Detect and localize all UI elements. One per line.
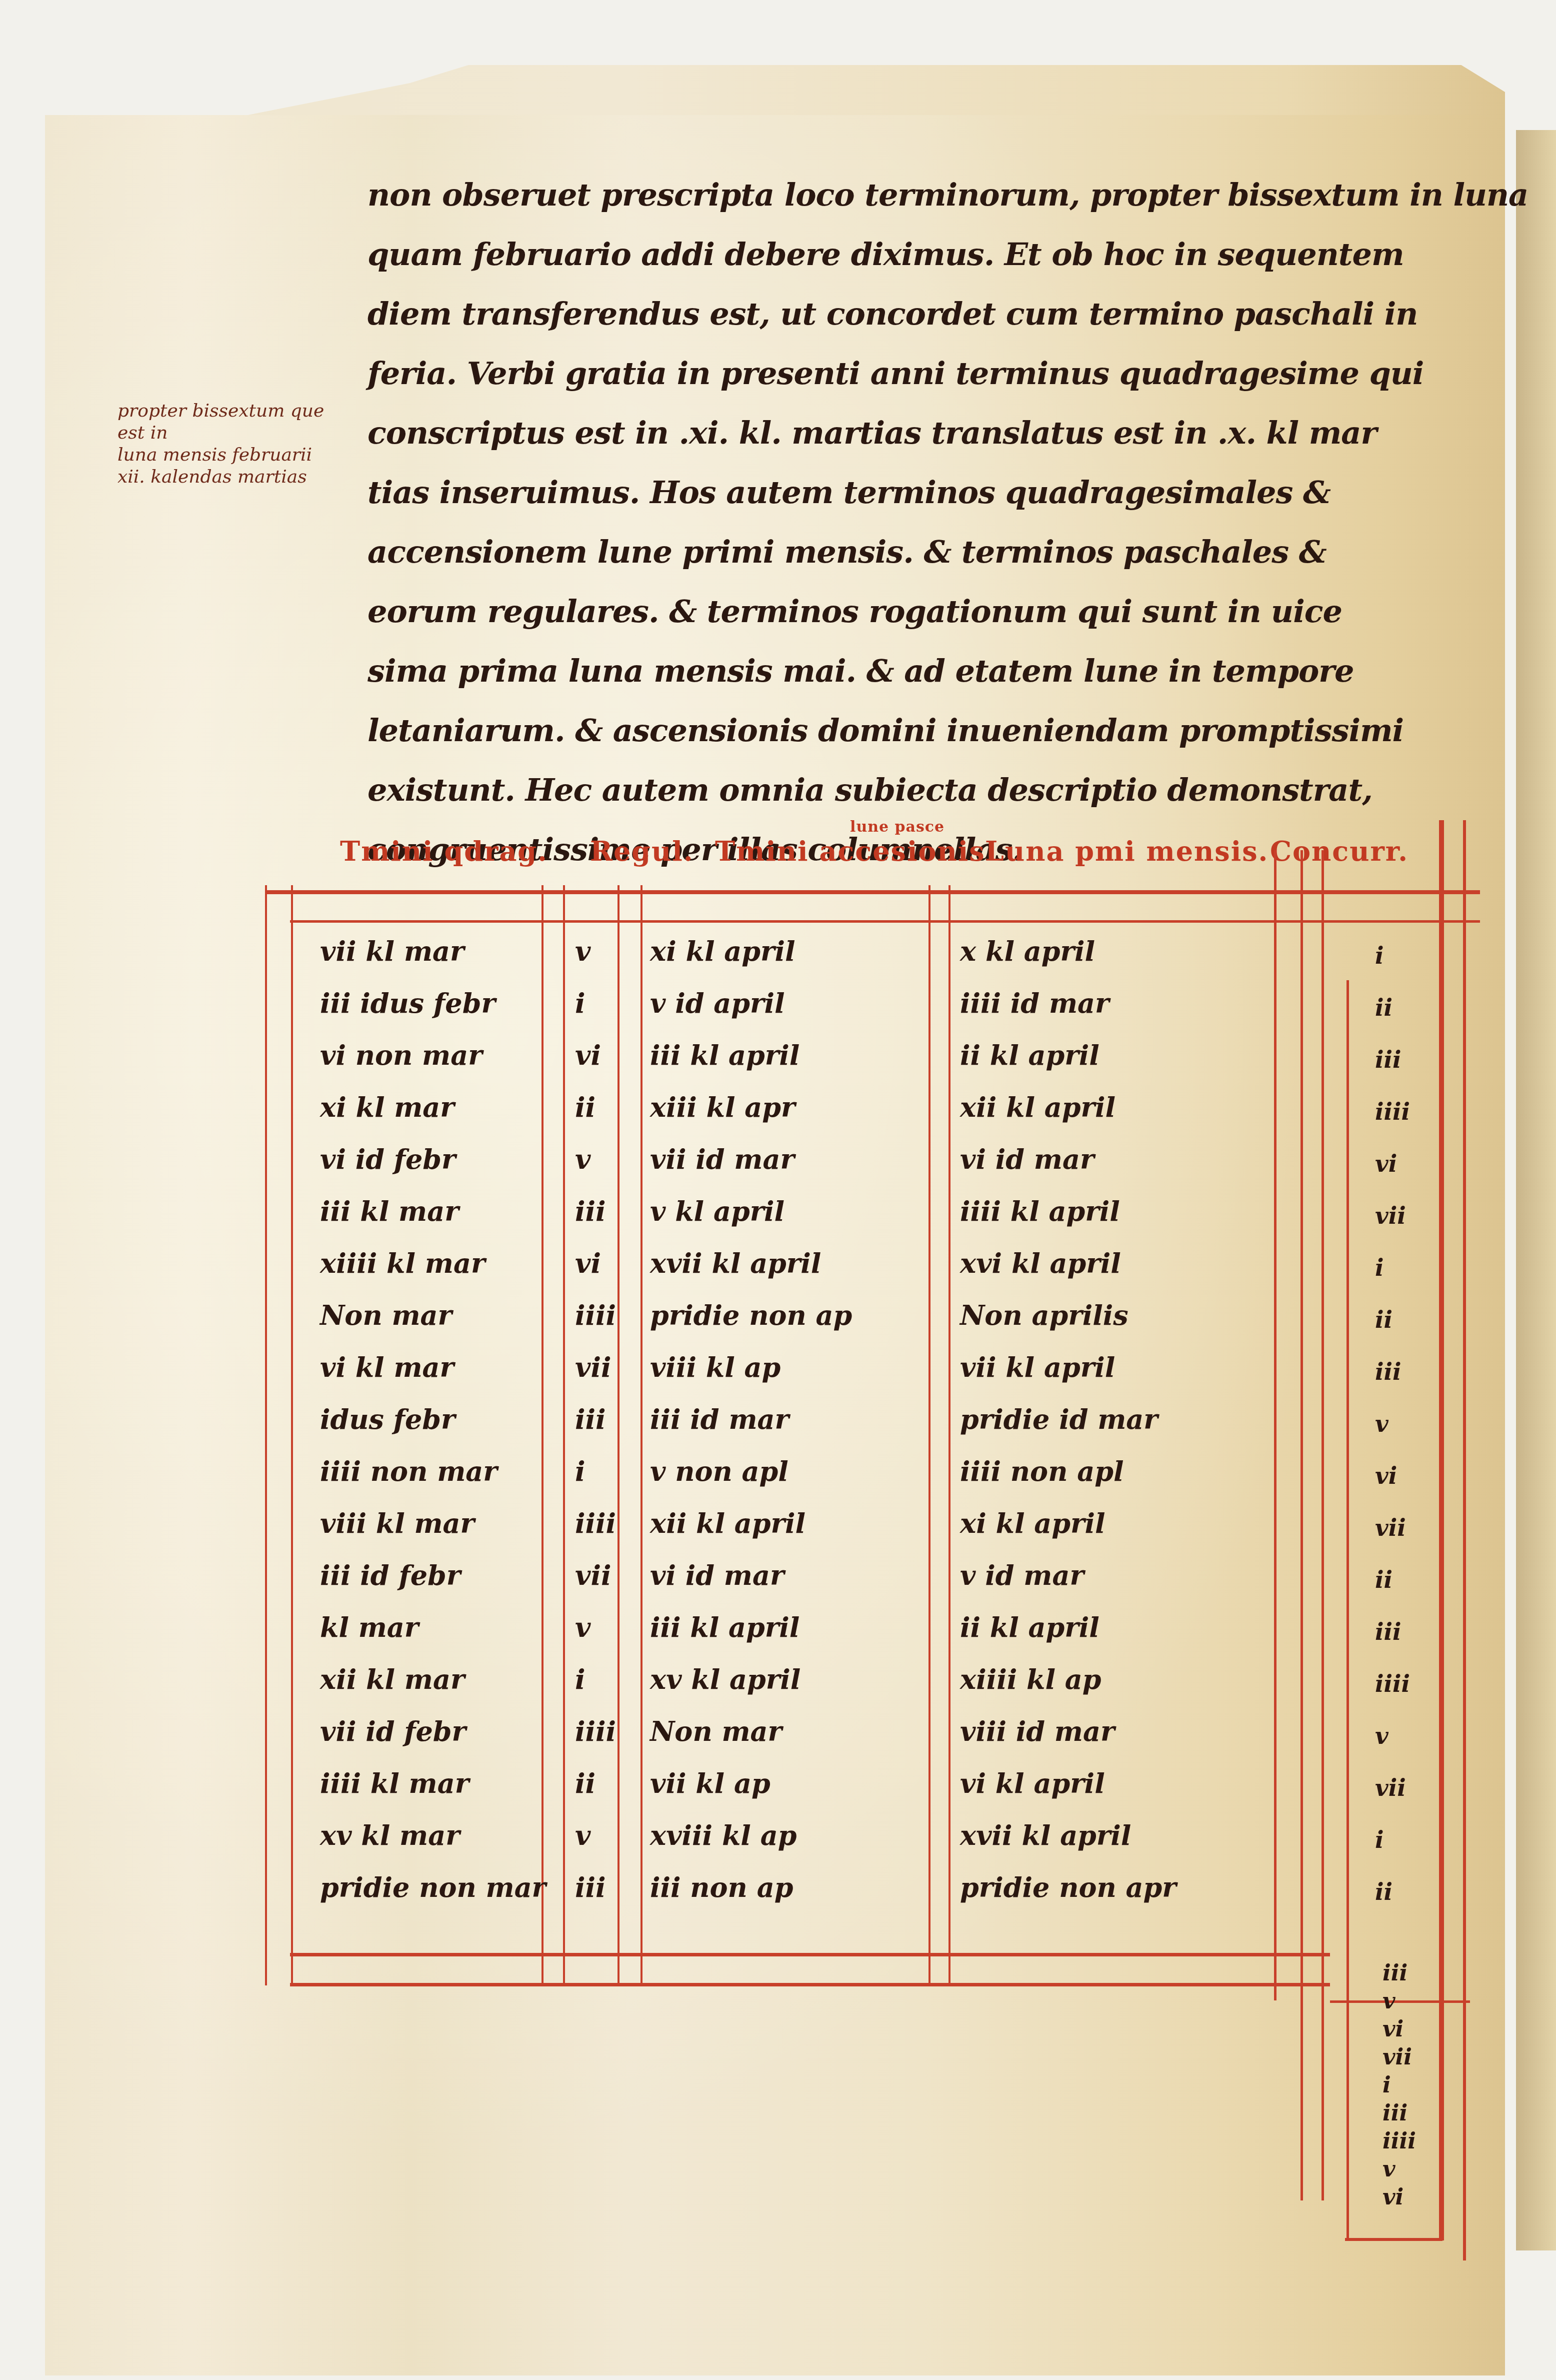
cell-accensio-lune: vii id mar (650, 1143, 794, 1175)
cell-concurrens: vi (1375, 1462, 1397, 1489)
cell-accensio-lune: iii id mar (650, 1403, 789, 1435)
cell-concurrens: vii (1375, 1514, 1406, 1541)
cell-concurrens: vii (1375, 1774, 1406, 1801)
cell-concurrens: ii (1375, 1878, 1392, 1905)
marginal-note-line: propter bissextum que est in (117, 400, 352, 444)
cell-concurrens: ii (1375, 1306, 1392, 1333)
cell-concurrens: iii (1375, 1618, 1401, 1645)
cell-regularis: v (575, 935, 590, 967)
cell-regularis: v (575, 1143, 590, 1175)
cell-luna-primi-mensis: Non aprilis (960, 1299, 1128, 1331)
cell-terminus-quadragesime: vi kl mar (320, 1351, 454, 1383)
text-line: eorum regulares. & terminos rogationum q… (367, 582, 1407, 641)
cell-luna-primi-mensis: xi kl april (960, 1507, 1105, 1539)
cell-luna-primi-mensis: xvii kl april (960, 1819, 1131, 1851)
text-line: quam februario addi debere diximus. Et o… (367, 225, 1407, 284)
text-line: diem transferendus est, ut concordet cum… (367, 284, 1407, 344)
cell-concurrens: iiii (1375, 1098, 1410, 1125)
cell-luna-primi-mensis: viii id mar (960, 1715, 1114, 1747)
cell-concurrens: vii (1375, 1202, 1406, 1229)
cell-concurrens: vi (1375, 1150, 1397, 1177)
cell-accensio-lune: v kl april (650, 1195, 784, 1227)
cell-luna-primi-mensis: pridie non apr (960, 1871, 1176, 1903)
cell-terminus-quadragesime: iii kl mar (320, 1195, 459, 1227)
cell-regularis: iii (575, 1195, 606, 1227)
cell-regularis: vi (575, 1039, 601, 1071)
cell-regularis: iiii (575, 1299, 616, 1331)
cell-terminus-quadragesime: vii kl mar (320, 935, 464, 967)
cell-luna-primi-mensis: ii kl april (960, 1039, 1099, 1071)
cell-accensio-lune: v non apl (650, 1455, 788, 1487)
cell-regularis: iiii (575, 1507, 616, 1539)
cell-accensio-lune: xi kl april (650, 935, 795, 967)
cell-concurrens: i (1375, 1826, 1383, 1853)
cell-accensio-lune: xiii kl apr (650, 1091, 795, 1123)
cell-regularis: i (575, 1455, 585, 1487)
cell-terminus-quadragesime: xiiii kl mar (320, 1247, 485, 1279)
concurrens-continued: vi (1382, 2016, 1403, 2042)
cell-regularis: i (575, 1663, 585, 1695)
cell-concurrens: i (1375, 942, 1383, 969)
cell-concurrens: iii (1375, 1046, 1401, 1073)
cell-accensio-lune: vi id mar (650, 1559, 784, 1591)
cell-terminus-quadragesime: vi non mar (320, 1039, 482, 1071)
concurrens-continued: i (1382, 2072, 1391, 2098)
cell-luna-primi-mensis: vii kl april (960, 1351, 1115, 1383)
cell-regularis: ii (575, 1091, 595, 1123)
marginal-note-line: xii. kalendas martias (117, 466, 352, 488)
cell-concurrens: iiii (1375, 1670, 1410, 1697)
cell-luna-primi-mensis: iiii kl april (960, 1195, 1120, 1227)
cell-terminus-quadragesime: iii idus febr (320, 987, 495, 1019)
cell-luna-primi-mensis: xvi kl april (960, 1247, 1121, 1279)
concurrens-continued: vi (1382, 2184, 1403, 2210)
cell-regularis: iii (575, 1871, 606, 1903)
concurrens-continued: v (1382, 1988, 1395, 2014)
concurrens-continued: vii (1382, 2044, 1412, 2070)
text-line: conscriptus est in .xi. kl. martias tran… (367, 403, 1407, 463)
cell-regularis: vii (575, 1559, 611, 1591)
table-rubric-header: Tmini qdrag. Regul. Tmini accesionis lun… (330, 820, 1455, 870)
cell-concurrens: ii (1375, 994, 1392, 1021)
cell-terminus-quadragesime: pridie non mar (320, 1871, 546, 1903)
cell-regularis: vi (575, 1247, 601, 1279)
text-line: feria. Verbi gratia in presenti anni ter… (367, 344, 1407, 403)
text-line: existunt. Hec autem omnia subiecta descr… (367, 760, 1407, 820)
cell-regularis: v (575, 1611, 590, 1643)
cell-regularis: iii (575, 1403, 606, 1435)
cell-accensio-lune: pridie non ap (650, 1299, 852, 1331)
cell-terminus-quadragesime: viii kl mar (320, 1507, 474, 1539)
cell-accensio-lune: Non mar (650, 1715, 782, 1747)
cell-accensio-lune: xii kl april (650, 1507, 805, 1539)
cell-regularis: i (575, 987, 585, 1019)
cell-regularis: v (575, 1819, 590, 1851)
cell-terminus-quadragesime: vii id febr (320, 1715, 466, 1747)
cell-accensio-lune: iii non ap (650, 1871, 793, 1903)
cell-terminus-quadragesime: idus febr (320, 1403, 455, 1435)
cell-terminus-quadragesime: iiii non mar (320, 1455, 497, 1487)
header-termini-accensionis: Tmini accesionis (715, 835, 985, 867)
cell-concurrens: i (1375, 1254, 1383, 1281)
cell-luna-primi-mensis: iiii id mar (960, 987, 1109, 1019)
marginal-note-line: luna mensis februarii (117, 444, 352, 466)
header-concurrentes: Concurr. (1270, 835, 1408, 867)
cell-luna-primi-mensis: xii kl april (960, 1091, 1115, 1123)
header-regulares: Regul. (590, 835, 694, 867)
cell-accensio-lune: viii kl ap (650, 1351, 780, 1383)
cell-accensio-lune: xviii kl ap (650, 1819, 796, 1851)
cell-regularis: iiii (575, 1715, 616, 1747)
cell-regularis: ii (575, 1767, 595, 1799)
text-line: tias inseruimus. Hos autem terminos quad… (367, 463, 1407, 522)
concurrens-continued: v (1382, 2156, 1395, 2182)
binding-gutter (1516, 130, 1556, 2250)
header-luna-primi-mensis: Luna pmi mensis. (985, 835, 1268, 867)
cell-luna-primi-mensis: vi id mar (960, 1143, 1094, 1175)
cell-terminus-quadragesime: xi kl mar (320, 1091, 454, 1123)
cell-accensio-lune: iii kl april (650, 1039, 799, 1071)
cell-terminus-quadragesime: xii kl mar (320, 1663, 464, 1695)
text-line: non obseruet prescripta loco terminorum,… (367, 165, 1407, 225)
text-line: accensionem lune primi mensis. & termino… (367, 522, 1407, 582)
cell-luna-primi-mensis: xiiii kl ap (960, 1663, 1101, 1695)
cell-concurrens: v (1375, 1410, 1388, 1437)
cell-luna-primi-mensis: x kl april (960, 935, 1095, 967)
cell-concurrens: iii (1375, 1358, 1401, 1385)
cell-concurrens: ii (1375, 1566, 1392, 1593)
cell-accensio-lune: vii kl ap (650, 1767, 770, 1799)
text-line: letaniarum. & ascensionis domini inuenie… (367, 701, 1407, 760)
cell-terminus-quadragesime: xv kl mar (320, 1819, 460, 1851)
cell-accensio-lune: xv kl april (650, 1663, 800, 1695)
cell-terminus-quadragesime: vi id febr (320, 1143, 456, 1175)
cell-accensio-lune: v id april (650, 987, 784, 1019)
cell-accensio-lune: xvii kl april (650, 1247, 821, 1279)
cell-accensio-lune: iii kl april (650, 1611, 799, 1643)
cell-terminus-quadragesime: kl mar (320, 1611, 418, 1643)
cell-luna-primi-mensis: ii kl april (960, 1611, 1099, 1643)
cell-luna-primi-mensis: vi kl april (960, 1767, 1105, 1799)
header-superscript-lune-pasce: lune pasce (850, 818, 944, 836)
cell-terminus-quadragesime: Non mar (320, 1299, 452, 1331)
concurrens-continued: iii (1382, 1960, 1407, 1986)
header-termini-quadragesime: Tmini qdrag. (340, 835, 548, 867)
cell-terminus-quadragesime: iiii kl mar (320, 1767, 469, 1799)
cell-luna-primi-mensis: v id mar (960, 1559, 1084, 1591)
main-text-block: non obseruet prescripta loco terminorum,… (367, 165, 1407, 879)
cell-terminus-quadragesime: iii id febr (320, 1559, 460, 1591)
cell-luna-primi-mensis: pridie id mar (960, 1403, 1158, 1435)
cell-regularis: vii (575, 1351, 611, 1383)
cell-concurrens: v (1375, 1722, 1388, 1749)
concurrens-continued: iiii (1382, 2128, 1416, 2154)
cell-luna-primi-mensis: iiii non apl (960, 1455, 1123, 1487)
concurrens-continued: iii (1382, 2100, 1407, 2126)
text-line: sima prima luna mensis mai. & ad etatem … (367, 641, 1407, 701)
marginal-note: propter bissextum que est in luna mensis… (117, 400, 352, 488)
